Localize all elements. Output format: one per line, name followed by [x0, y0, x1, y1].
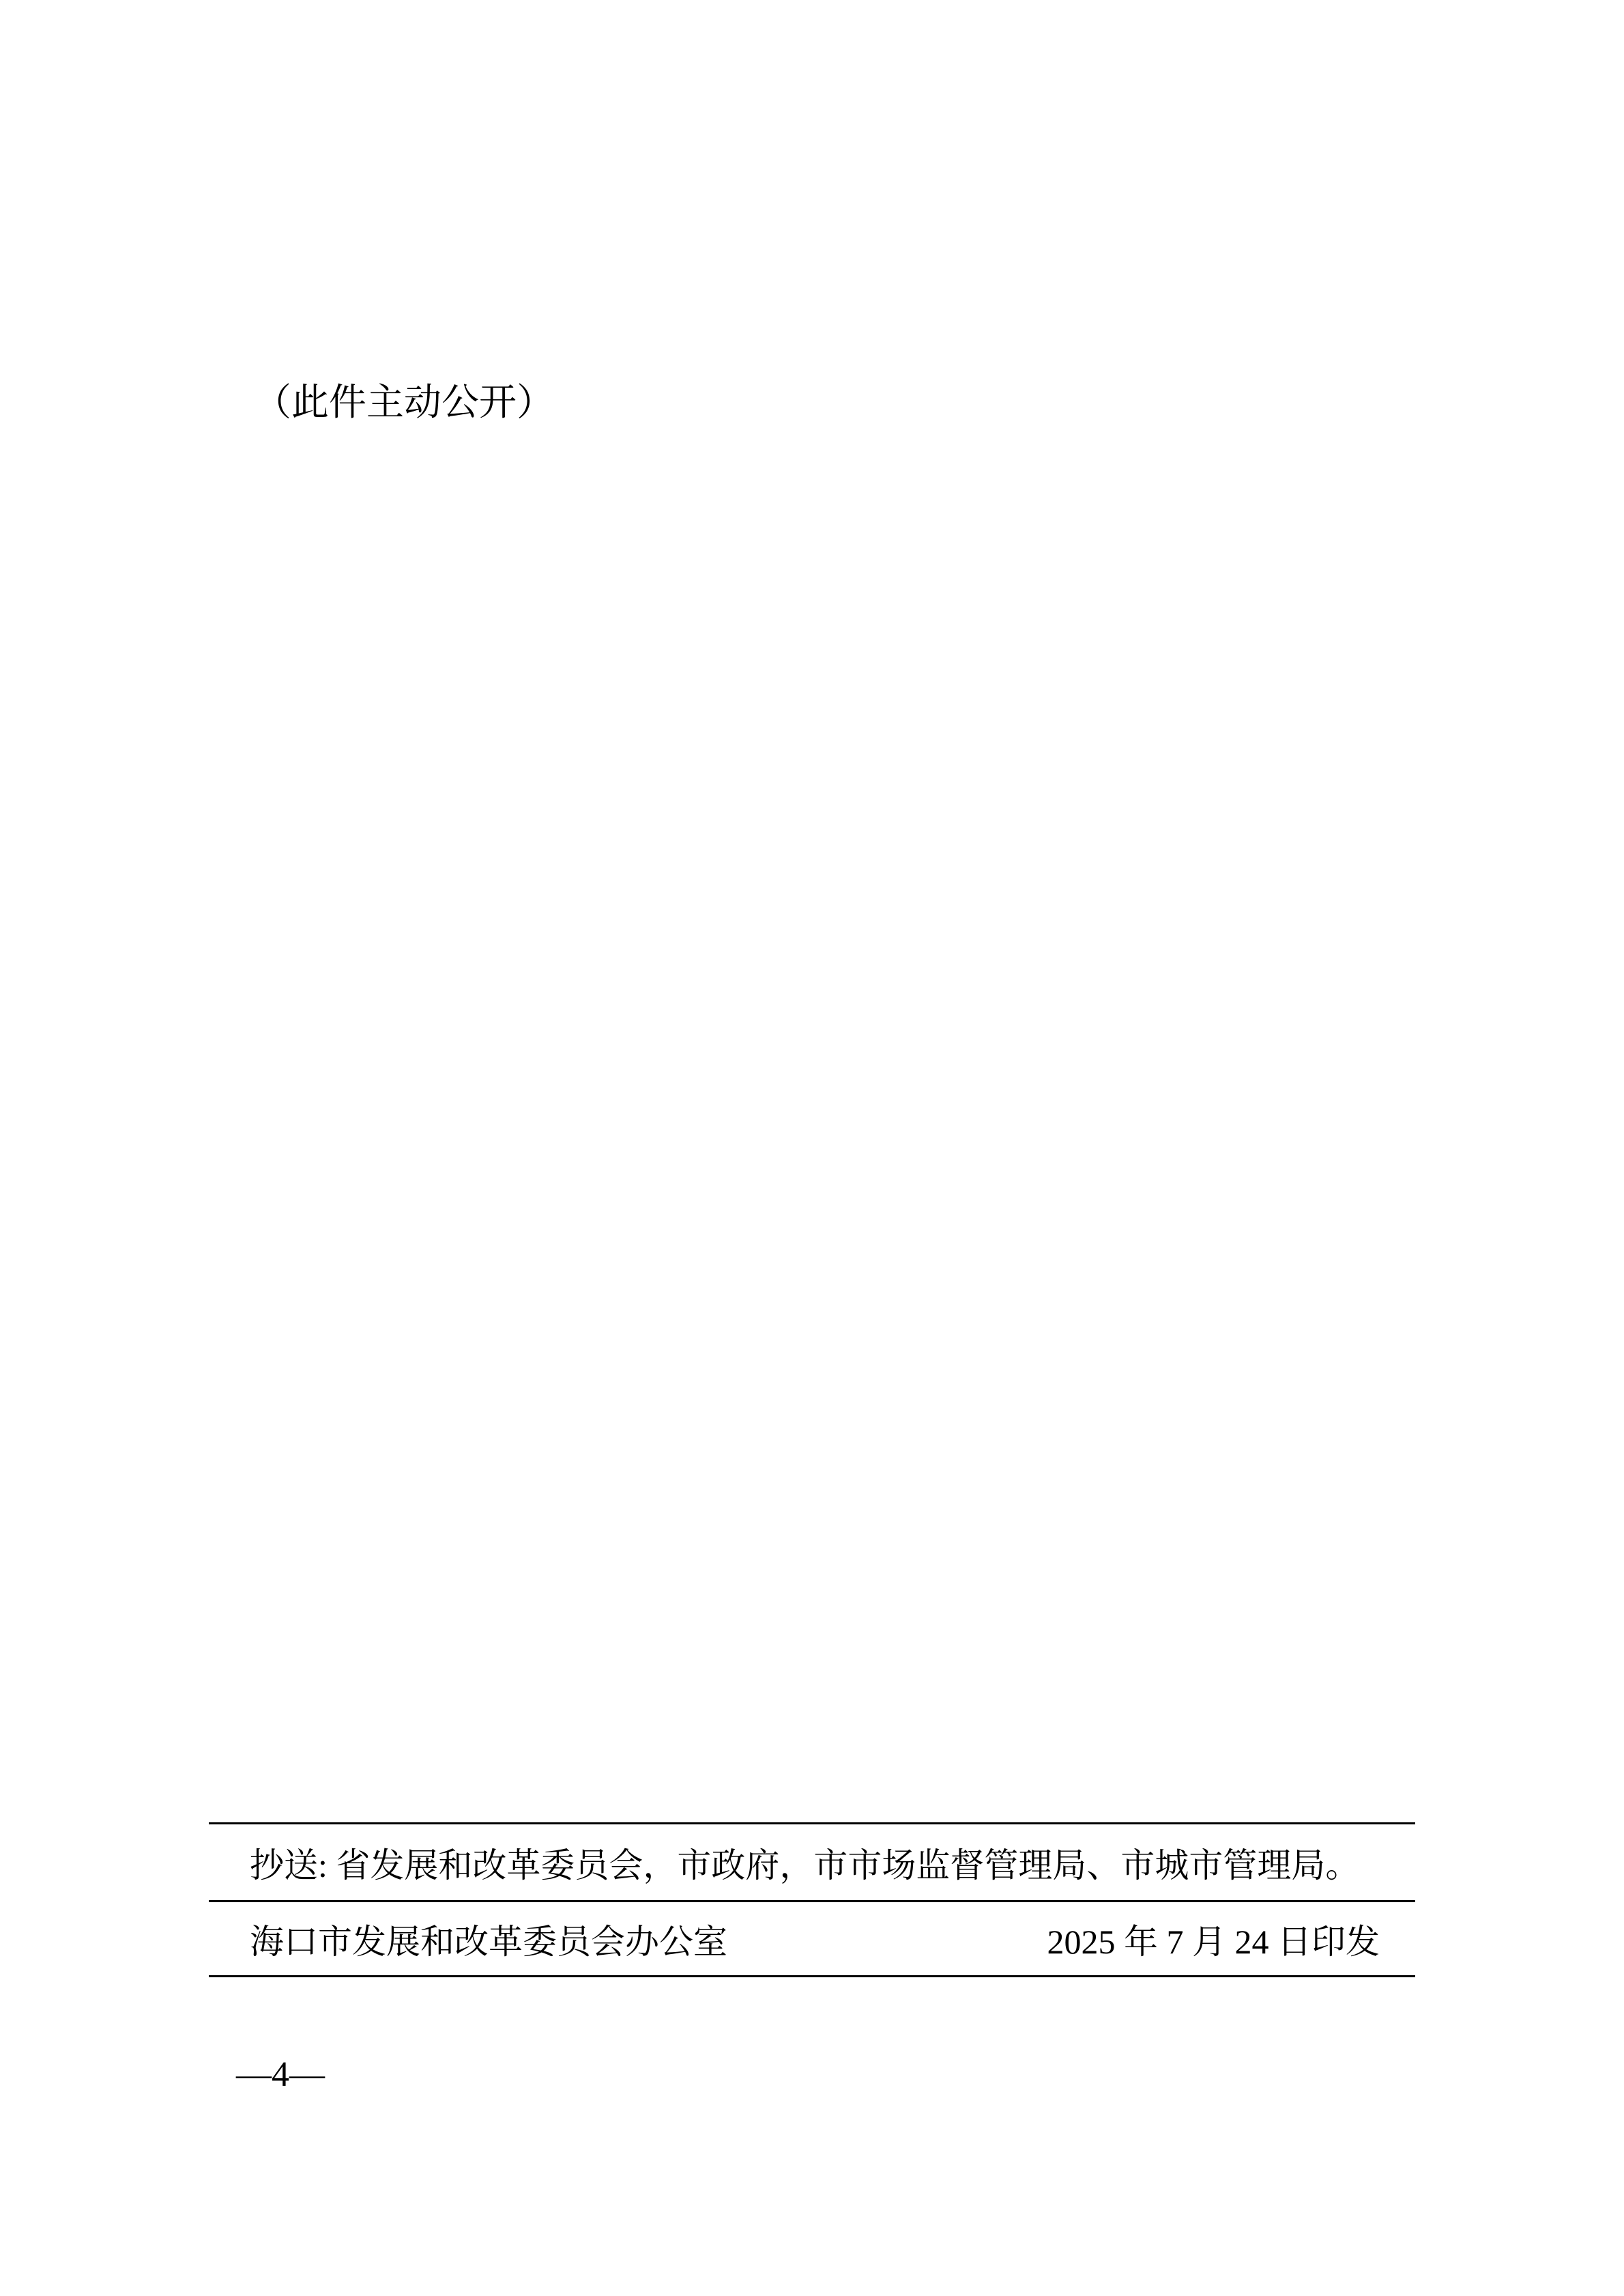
page-number: —4—	[236, 2057, 325, 2093]
disclosure-note: （此件主动公开）	[254, 380, 554, 425]
issuer-office: 海口市发展和改革委员会办公室	[250, 1914, 727, 1964]
document-page: （此件主动公开） 抄送: 省发展和改革委员会，市政府，市市场监督管理局、市城市管…	[0, 0, 1624, 2296]
imprint-row: 海口市发展和改革委员会办公室 2025 年 7 月 24 日印发	[209, 1902, 1415, 1975]
footer-imprint-box: 抄送: 省发展和改革委员会，市政府，市市场监督管理局、市城市管理局。 海口市发展…	[209, 1822, 1415, 1977]
cc-row: 抄送: 省发展和改革委员会，市政府，市市场监督管理局、市城市管理局。	[209, 1824, 1415, 1902]
cc-line: 抄送: 省发展和改革委员会，市政府，市市场监督管理局、市城市管理局。	[250, 1838, 1359, 1887]
print-date: 2025 年 7 月 24 日印发	[1047, 1914, 1380, 1964]
